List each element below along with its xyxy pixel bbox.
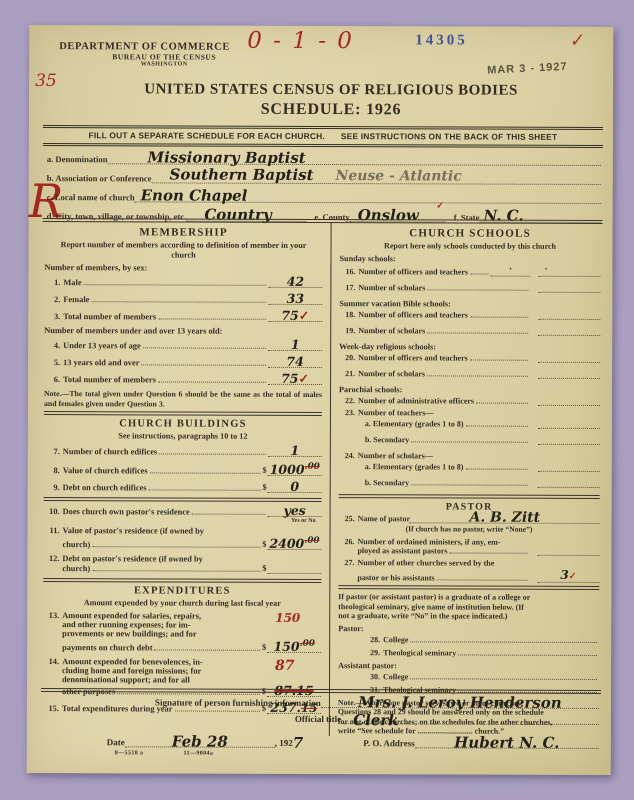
q8-label: Value of church edifices xyxy=(63,466,148,475)
signature-value: Mrs. J. Leroy Henderson xyxy=(358,693,562,712)
dotted-leader xyxy=(149,490,261,491)
q22-answer xyxy=(538,405,600,406)
q24b-answer xyxy=(538,487,600,488)
q29-label: Theological seminary xyxy=(383,648,456,657)
buildings-subtitle: See instructions, paragraphs 10 to 12 xyxy=(44,431,322,442)
q19-label: Number of scholars xyxy=(358,326,425,335)
q23-number: 23. xyxy=(339,408,355,417)
q23b-answer xyxy=(538,444,600,445)
q18-row: 18. Number of officers and teachers xyxy=(339,310,600,320)
q7-answer: 1 xyxy=(268,445,322,457)
right-column: CHURCH SCHOOLS Report here only schools … xyxy=(330,222,603,736)
dotted-leader xyxy=(92,571,260,573)
date-answer: Feb 28 xyxy=(125,735,275,748)
dotted-leader xyxy=(143,347,266,348)
q5-answer: 74 xyxy=(268,356,322,368)
city-name: WASHINGTON xyxy=(59,61,269,68)
q25-number: 25. xyxy=(339,514,355,523)
q5-label: 13 years old and over xyxy=(63,358,139,367)
q18-answer xyxy=(538,319,600,320)
members-by-sex-label: Number of members, by sex: xyxy=(44,263,322,273)
field-association: b. Association or Conference Southern Ba… xyxy=(47,168,601,185)
expenditures-heading: EXPENDITURES xyxy=(43,585,321,597)
dollar-sign: $ xyxy=(262,540,266,549)
q20-row: 20. Number of officers and teachers xyxy=(339,353,600,363)
dotted-leader xyxy=(458,654,597,655)
q16-answer-a: ʼ xyxy=(490,266,530,277)
q7-row: 7. Number of church edifices 1 xyxy=(44,444,322,457)
q2-answer: 33 xyxy=(268,293,322,305)
q20-answer xyxy=(538,362,600,363)
q10-row: 10. Does church own pastor's residence y… xyxy=(44,504,322,517)
q17-answer xyxy=(538,292,600,293)
handwritten-code: 0 - 1 - 0 xyxy=(247,28,354,54)
q12-row: 12.Debt on pastor's residence (if owned … xyxy=(43,554,321,574)
q21-label: Number of scholars xyxy=(358,369,425,378)
dotted-leader xyxy=(466,426,528,427)
q13-number: 13. xyxy=(43,611,59,620)
dotted-leader xyxy=(141,364,266,365)
q21-answer xyxy=(538,378,600,379)
q16-row: 16. Number of officers and teachers ʼ ʼ xyxy=(339,265,600,277)
q2-row: 2. Female 33 xyxy=(44,292,322,305)
q24b-row: b. Secondary xyxy=(339,478,600,488)
dollar-sign: $ xyxy=(262,643,266,652)
form-number-left: 8—5518 a xyxy=(115,750,144,756)
q10-answer: yes xyxy=(268,505,322,517)
q8-row: 8. Value of church edifices $ 1000.00 xyxy=(44,461,322,476)
q23b-row: b. Secondary xyxy=(339,435,600,445)
denomination-label: a. Denomination xyxy=(47,154,108,164)
q24-number: 24. xyxy=(339,451,355,460)
q22-number: 22. xyxy=(339,396,355,405)
pastor-group-label: Pastor: xyxy=(338,624,599,634)
q21-row: 21. Number of scholars xyxy=(339,369,600,379)
dotted-leader xyxy=(411,484,528,485)
q17-number: 17. xyxy=(339,283,355,292)
q10-number: 10. xyxy=(44,507,60,516)
q3-answer: 75✓ xyxy=(268,310,322,322)
printed-year: , 192 xyxy=(275,738,293,748)
county-check-icon: ✓ xyxy=(436,201,444,211)
membership-subtitle: Report number of members according to de… xyxy=(56,240,312,261)
department-name: DEPARTMENT OF COMMERCE xyxy=(59,41,269,53)
official-title-answer: Clerk xyxy=(341,723,599,725)
received-date-stamp: MAR 3 - 1927 xyxy=(487,61,568,77)
agency-block: DEPARTMENT OF COMMERCE BUREAU OF THE CEN… xyxy=(59,41,269,68)
dotted-leader xyxy=(437,579,528,580)
q20-number: 20. xyxy=(339,353,355,362)
dotted-leader xyxy=(449,552,527,553)
field-denomination: a. Denomination Missionary Baptist xyxy=(47,149,601,166)
dotted-leader xyxy=(159,453,266,454)
q24a-label: a. Elementary (grades 1 to 8) xyxy=(365,462,464,471)
q26-label-line1: Number of ordained ministers, if any, em… xyxy=(357,537,500,546)
q13-row: 13.Amount expended for salaries, repairs… xyxy=(43,611,321,653)
q30-number: 30. xyxy=(364,672,380,681)
q11-row: 11.Value of pastor's residence (if owned… xyxy=(43,526,321,550)
church-name-label: c. Local name of church xyxy=(47,192,135,202)
dotted-leader xyxy=(411,441,528,442)
section-divider xyxy=(43,578,321,583)
section-divider xyxy=(44,411,322,416)
q1-row: 1. Male 42 xyxy=(44,275,322,288)
q18-number: 18. xyxy=(339,310,355,319)
q12-answer xyxy=(267,573,321,574)
dotted-leader xyxy=(92,547,260,549)
q10-label: Does church own pastor's residence xyxy=(63,507,190,516)
dotted-leader xyxy=(158,381,266,382)
q23a-row: a. Elementary (grades 1 to 8) xyxy=(339,419,600,429)
buildings-heading: CHURCH BUILDINGS xyxy=(44,418,322,430)
association-label: b. Association or Conference xyxy=(47,173,152,183)
q8-answer: 1000.00 xyxy=(268,462,322,476)
q12-label-line2: church) xyxy=(62,564,90,573)
q16-number: 16. xyxy=(339,267,355,276)
dotted-leader xyxy=(192,514,266,515)
banner-left-text: FILL OUT A SEPARATE SCHEDULE FOR EACH CH… xyxy=(89,130,325,141)
schedule-title: SCHEDULE: 1926 xyxy=(89,100,573,120)
official-title-value: Clerk xyxy=(353,716,399,725)
q13-red-correction: 150 xyxy=(275,613,300,623)
scanned-census-form: { "header": { "dept_line1": "DEPARTMENT … xyxy=(0,0,634,800)
members-by-age-label: Number of members under and over 13 year… xyxy=(44,326,322,336)
q19-number: 19. xyxy=(339,326,355,335)
signature-label: Signature of person furnishing informati… xyxy=(155,697,321,708)
left-column: MEMBERSHIP Report number of members acco… xyxy=(41,221,331,736)
q7-number: 7. xyxy=(44,447,60,456)
dotted-leader xyxy=(427,289,528,290)
q27-label-line2: pastor or his assistants xyxy=(357,573,434,582)
q28-label: College xyxy=(383,635,408,644)
dotted-leader xyxy=(150,473,261,474)
association-pencil-value: Neuse - Atlantic xyxy=(336,168,462,184)
q25-label: Name of pastor xyxy=(358,514,410,523)
q24a-row: a. Elementary (grades 1 to 8) xyxy=(339,462,600,472)
q12-number: 12. xyxy=(43,554,59,563)
q16-answer-b: ʼ xyxy=(538,276,600,277)
q22-label: Number of administrative officers xyxy=(358,396,474,405)
q23-label: Number of teachers— xyxy=(358,408,433,417)
q14-number: 14. xyxy=(43,658,59,667)
form-number-right: 11—9004a xyxy=(183,751,213,757)
q22-row: 22. Number of administrative officers xyxy=(339,396,600,406)
section-divider xyxy=(339,494,600,499)
graduate-note-line3: not a graduate, write “No” in the space … xyxy=(338,611,599,621)
dotted-leader xyxy=(470,317,528,318)
q24a-answer xyxy=(538,471,600,472)
q23a-answer xyxy=(538,428,600,429)
identification-fields: a. Denomination Missionary Baptist b. As… xyxy=(47,149,601,227)
q28-number: 28. xyxy=(364,635,380,644)
q1-label: Male xyxy=(63,278,81,287)
dotted-leader xyxy=(410,678,597,680)
banner-right-text: SEE INSTRUCTIONS ON THE BACK OF THIS SHE… xyxy=(341,131,557,142)
q23a-label: a. Elementary (grades 1 to 8) xyxy=(365,419,464,428)
dotted-leader xyxy=(465,469,527,470)
serial-number-stamp: 14305 xyxy=(415,32,468,49)
year-digit: 7 xyxy=(293,739,303,748)
form-title: UNITED STATES CENSUS OF RELIGIOUS BODIES xyxy=(89,81,573,100)
q26-answer xyxy=(537,555,599,556)
q18-label: Number of officers and teachers xyxy=(358,310,468,319)
q13-label-line4: payments on church debt xyxy=(62,644,152,653)
parochial-schools-label: Parochial schools: xyxy=(339,385,600,395)
q1-answer: 42 xyxy=(268,276,322,288)
q14-red-correction: 87 xyxy=(275,661,295,671)
q6-label: Total number of members xyxy=(63,375,156,384)
church-name-value: Enon Chapel xyxy=(141,186,248,204)
q14-label-line1: Amount expended for benevolences, in- xyxy=(62,658,203,667)
signature-row: Signature of person furnishing informati… xyxy=(45,695,599,709)
q19-answer xyxy=(538,335,600,336)
q27-label-line1: Number of other churches served by the xyxy=(357,558,494,567)
q13-label-line3: provements or new buildings; and for xyxy=(43,629,321,639)
dotted-leader xyxy=(470,360,528,361)
q11-answer: 2400.00 xyxy=(267,536,321,550)
form-body: MEMBERSHIP Report number of members acco… xyxy=(41,221,603,736)
q8-number: 8. xyxy=(44,466,60,475)
q6-answer: 75✓ xyxy=(268,373,322,385)
q25-row: 25. Name of pastor A. B. Zitt xyxy=(339,512,600,524)
q30-label: College xyxy=(383,672,408,681)
sunday-schools-label: Sunday schools: xyxy=(339,254,600,264)
graduate-note: If pastor (or assistant pastor) is a gra… xyxy=(338,592,599,621)
q16-label: Number of officers and teachers xyxy=(358,267,468,276)
q7-label: Number of church edifices xyxy=(63,447,157,456)
membership-heading: MEMBERSHIP xyxy=(45,226,323,239)
dotted-leader xyxy=(427,332,528,333)
q3-label: Total number of members xyxy=(63,312,156,321)
assistant-group-label: Assistant pastor: xyxy=(338,661,599,671)
dotted-leader xyxy=(476,403,528,404)
section-divider xyxy=(338,585,599,590)
dotted-leader xyxy=(84,284,267,286)
q23-row: 23. Number of teachers— xyxy=(339,408,600,418)
census-schedule-page: DEPARTMENT OF COMMERCE BUREAU OF THE CEN… xyxy=(27,25,614,775)
dollar-sign: $ xyxy=(262,564,266,573)
signature-answer: Mrs. J. Leroy Henderson xyxy=(321,696,599,709)
q29-row: 29. Theological seminary xyxy=(338,648,599,658)
q4-answer: 1 xyxy=(268,339,322,351)
q29-number: 29. xyxy=(364,648,380,657)
q9-answer: 0 xyxy=(268,481,322,493)
q20-label: Number of officers and teachers xyxy=(358,353,468,362)
q6-check-icon: ✓ xyxy=(299,371,310,386)
expenditures-subtitle: Amount expended by your church during la… xyxy=(43,598,321,609)
section-divider xyxy=(44,497,322,502)
q3-number: 3. xyxy=(44,312,60,321)
po-address-label: P. O. Address xyxy=(363,738,415,748)
po-address-answer: Hubert N. C. xyxy=(415,736,599,749)
q11-label-line1: Value of pastor's residence (if owned by xyxy=(63,526,204,535)
margin-number: 35 xyxy=(35,71,57,91)
graduate-note-line1: If pastor (or assistant pastor) is a gra… xyxy=(338,592,599,602)
instruction-banner: FILL OUT A SEPARATE SCHEDULE FOR EACH CH… xyxy=(43,125,603,148)
q5-number: 5. xyxy=(44,358,60,367)
check-mark-icon: ✓ xyxy=(568,30,585,52)
q2-number: 2. xyxy=(44,295,60,304)
official-title-label: Official title xyxy=(295,714,341,724)
q9-row: 9. Debt on church edifices $ 0 xyxy=(44,480,322,493)
q25-hint: (If church has no pastor, write “None”) xyxy=(339,524,600,534)
po-address-value: Hubert N. C. xyxy=(454,733,559,751)
q12-label-line1: Debt on pastor's residence (if owned by xyxy=(62,554,202,563)
q23b-label: b. Secondary xyxy=(365,435,409,444)
q27-number: 27. xyxy=(338,558,354,567)
signature-block: Signature of person furnishing informati… xyxy=(45,695,599,758)
dollar-sign: $ xyxy=(262,483,266,492)
q24-label: Number of scholars— xyxy=(358,451,433,460)
q27-check-icon: ✓ xyxy=(569,572,577,582)
date-address-row: Date Feb 28 , 192 7 P. O. Address Hubert… xyxy=(45,735,599,749)
q17-label: Number of scholars xyxy=(358,283,425,292)
q26-label-line2: ployed as assistant pastors xyxy=(357,546,447,555)
yes-or-no-caption: Yes or No xyxy=(44,517,316,524)
q28-row: 28. College xyxy=(338,635,599,645)
dollar-sign: $ xyxy=(263,466,267,475)
q6-number: 6. xyxy=(44,375,60,384)
q4-row: 4. Under 13 years of age 1 xyxy=(44,338,322,351)
dotted-leader xyxy=(158,318,266,319)
q6-row: 6. Total number of members 75✓ xyxy=(44,372,322,385)
q17-row: 17. Number of scholars xyxy=(339,283,600,293)
schools-heading: CHURCH SCHOOLS xyxy=(340,227,601,240)
q27-answer: 3✓ xyxy=(537,568,599,583)
membership-note: Note.—The total given under Question 6 s… xyxy=(44,389,322,409)
q2-label: Female xyxy=(63,295,89,304)
denomination-value: Missionary Baptist xyxy=(147,148,305,167)
q25-answer: A. B. Zitt xyxy=(410,512,600,524)
q1-number: 1. xyxy=(44,278,60,287)
q21-number: 21. xyxy=(339,369,355,378)
q26-number: 26. xyxy=(338,537,354,546)
date-label: Date xyxy=(107,737,125,747)
schools-subtitle: Report here only schools conducted by th… xyxy=(340,241,601,252)
dotted-leader xyxy=(91,301,266,303)
q9-label: Debt on church edifices xyxy=(63,483,147,492)
q24b-label: b. Secondary xyxy=(365,478,409,487)
q27-row: 27.Number of other churches served by th… xyxy=(338,558,599,583)
q3-check-icon: ✓ xyxy=(299,308,310,323)
dotted-leader xyxy=(427,375,528,376)
q9-number: 9. xyxy=(44,483,60,492)
q19-row: 19. Number of scholars xyxy=(339,326,600,336)
q4-label: Under 13 years of age xyxy=(63,341,141,350)
q13-answer: 150150.00 xyxy=(267,639,321,653)
summer-schools-label: Summer vacation Bible schools: xyxy=(339,299,600,309)
date-value: Feb 28 xyxy=(172,732,228,750)
dotted-leader xyxy=(410,641,597,643)
q5-row: 5. 13 years old and over 74 xyxy=(44,355,322,368)
q26-row: 26.Number of ordained ministers, if any,… xyxy=(338,537,599,556)
q4-number: 4. xyxy=(44,341,60,350)
official-title-row: Official title Clerk xyxy=(45,713,599,725)
dotted-leader xyxy=(154,650,259,651)
dotted-leader xyxy=(470,274,488,275)
q11-number: 11. xyxy=(44,526,60,535)
weekday-schools-label: Week-day religious schools: xyxy=(339,342,600,352)
association-value: Southern Baptist xyxy=(169,165,313,184)
q3-row: 3. Total number of members 75✓ xyxy=(44,309,322,322)
q13-label-line1: Amount expended for salaries, repairs, xyxy=(62,611,201,620)
q24-row: 24. Number of scholars— xyxy=(339,451,600,461)
q11-label-line2: church) xyxy=(62,540,90,549)
field-church-name: c. Local name of church Enon Chapel xyxy=(47,187,601,204)
q30-row: 30. College xyxy=(338,672,599,682)
